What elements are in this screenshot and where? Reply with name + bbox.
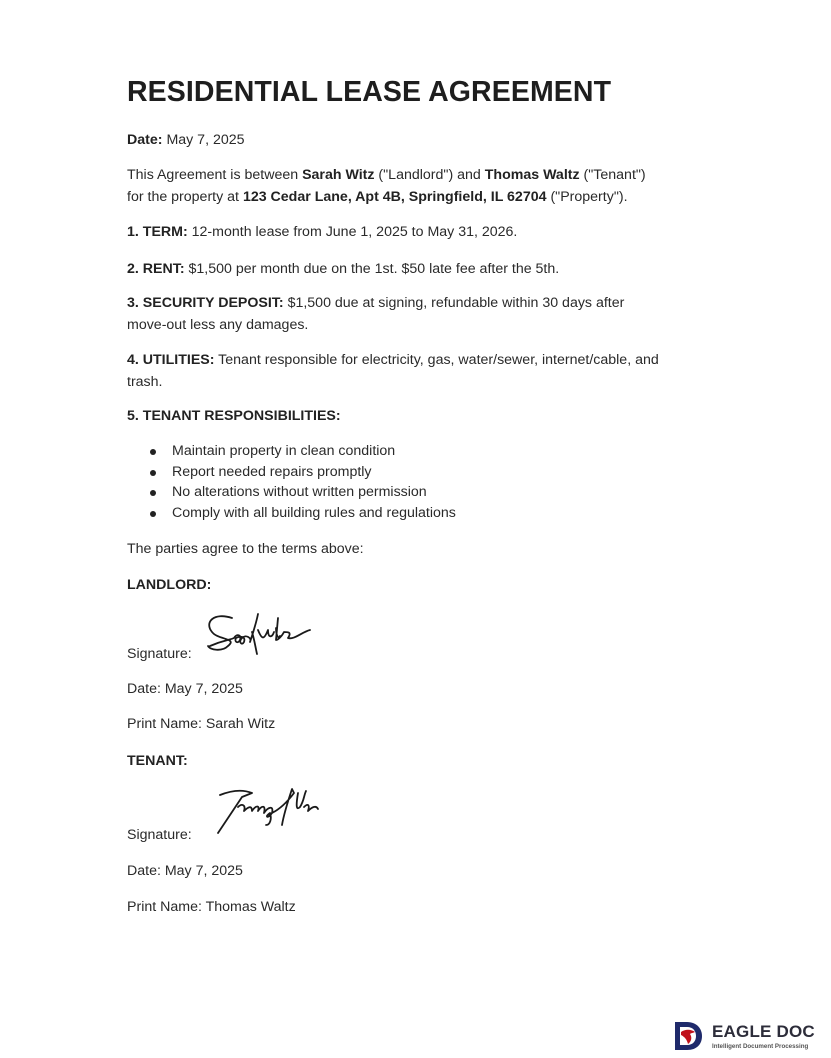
intro-text: ("Property"). xyxy=(547,189,628,205)
eagle-logo-icon xyxy=(673,1020,703,1052)
section-heading: 3. SECURITY DEPOSIT: xyxy=(127,295,284,311)
list-item: No alterations without written permissio… xyxy=(127,482,456,503)
section-rent: 2. RENT: $1,500 per month due on the 1st… xyxy=(127,258,559,280)
tenant-print-name: Print Name: Thomas Waltz xyxy=(127,896,296,918)
intro-line-2: for the property at 123 Cedar Lane, Apt … xyxy=(127,186,628,208)
intro-text: for the property at xyxy=(127,189,243,205)
tenant-heading: TENANT: xyxy=(127,750,188,772)
intro-text: ("Tenant") xyxy=(580,167,646,183)
landlord-signature-label: Signature: xyxy=(127,643,192,665)
list-item: Comply with all building rules and regul… xyxy=(127,503,456,524)
date-value: May 7, 2025 xyxy=(166,132,244,148)
tenant-signature-image xyxy=(212,785,347,840)
block-heading: LANDLORD: xyxy=(127,577,211,593)
section-text: 12-month lease from June 1, 2025 to May … xyxy=(188,224,518,240)
section-heading: 2. RENT: xyxy=(127,261,185,277)
section-heading: 4. UTILITIES: xyxy=(127,352,215,368)
landlord-name: Sarah Witz xyxy=(302,167,374,183)
property-address: 123 Cedar Lane, Apt 4B, Springfield, IL … xyxy=(243,189,547,205)
landlord-print-name: Print Name: Sarah Witz xyxy=(127,713,275,735)
section-term: 1. TERM: 12-month lease from June 1, 202… xyxy=(127,221,517,243)
eagle-doc-logo: EAGLE DOC Intelligent Document Processin… xyxy=(673,1020,823,1054)
tenant-signature-label: Signature: xyxy=(127,824,192,846)
landlord-signature-image xyxy=(202,610,337,660)
brand-name: EAGLE DOC xyxy=(712,1022,815,1042)
date-label: Date: xyxy=(127,132,162,148)
intro-line-1: This Agreement is between Sarah Witz ("L… xyxy=(127,164,646,186)
landlord-date: Date: May 7, 2025 xyxy=(127,678,243,700)
intro-text: ("Landlord") and xyxy=(374,167,484,183)
list-item: Report needed repairs promptly xyxy=(127,462,456,483)
section-security-deposit: 3. SECURITY DEPOSIT: $1,500 due at signi… xyxy=(127,292,624,314)
section-tenant-responsibilities: 5. TENANT RESPONSIBILITIES: xyxy=(127,405,341,427)
section-text: $1,500 per month due on the 1st. $50 lat… xyxy=(185,261,560,277)
section-utilities-cont: trash. xyxy=(127,371,162,393)
document-date: Date: May 7, 2025 xyxy=(127,129,245,151)
brand-tagline: Intelligent Document Processing xyxy=(712,1043,808,1050)
document-title: RESIDENTIAL LEASE AGREEMENT xyxy=(127,76,611,109)
section-utilities: 4. UTILITIES: Tenant responsible for ele… xyxy=(127,349,659,371)
tenant-date: Date: May 7, 2025 xyxy=(127,860,243,882)
section-text: Tenant responsible for electricity, gas,… xyxy=(215,352,659,368)
section-security-deposit-cont: move-out less any damages. xyxy=(127,314,308,336)
section-heading: 5. TENANT RESPONSIBILITIES: xyxy=(127,408,341,424)
responsibilities-list: Maintain property in clean condition Rep… xyxy=(127,441,456,523)
section-heading: 1. TERM: xyxy=(127,224,188,240)
intro-text: This Agreement is between xyxy=(127,167,302,183)
block-heading: TENANT: xyxy=(127,753,188,769)
section-text: $1,500 due at signing, refundable within… xyxy=(284,295,625,311)
agreement-statement: The parties agree to the terms above: xyxy=(127,538,364,560)
tenant-name: Thomas Waltz xyxy=(485,167,580,183)
list-item: Maintain property in clean condition xyxy=(127,441,456,462)
landlord-heading: LANDLORD: xyxy=(127,574,211,596)
